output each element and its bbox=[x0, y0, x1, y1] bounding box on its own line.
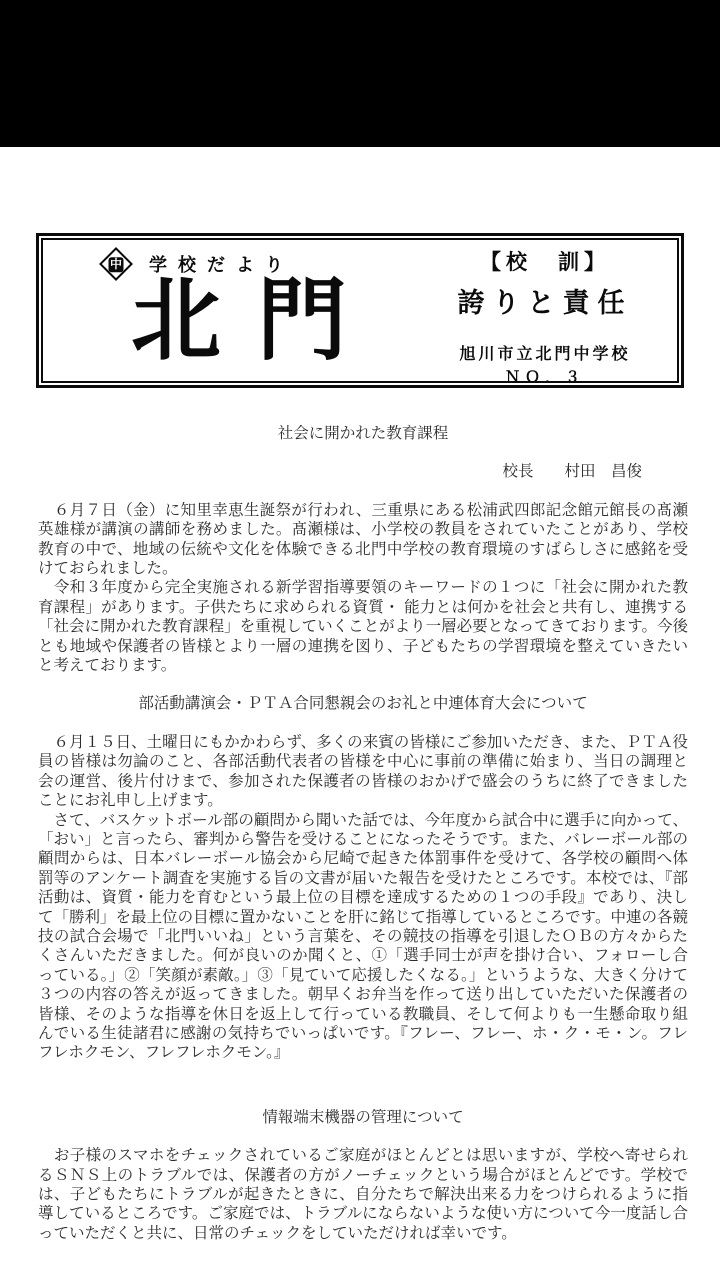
section-title-device-management: 情報端末機器の管理について bbox=[38, 1108, 688, 1127]
school-motto: 誇りと責任 bbox=[423, 281, 667, 320]
paragraph: ６月１５日、土曜日にもかかわらず、多くの来賓の皆様にご参加いただき、また、ＰＴＡ… bbox=[38, 733, 688, 811]
paragraph: お子様のスマホをチェックされているご家庭がほとんどとは思いますが、学校へ寄せられ… bbox=[38, 1146, 688, 1243]
issue-number: ＮＯ．３ bbox=[423, 366, 667, 383]
masthead-box: 中 学校だより 北門 【校 訓】 誇りと責任 旭川市立北門中学校 ＮＯ．３ 令和… bbox=[36, 233, 684, 388]
top-black-bar bbox=[0, 0, 720, 147]
school-motto-heading: 【校 訓】 bbox=[423, 246, 667, 276]
newsletter-page: 中 学校だより 北門 【校 訓】 誇りと責任 旭川市立北門中学校 ＮＯ．３ 令和… bbox=[0, 233, 720, 1243]
masthead-inner: 中 学校だより 北門 【校 訓】 誇りと責任 旭川市立北門中学校 ＮＯ．３ 令和… bbox=[41, 238, 679, 383]
paragraph: ６月７日（金）に知里幸恵生誕祭が行われ、三重県にある松浦武四郎記念館元館長の髙瀬… bbox=[38, 501, 688, 579]
principal-byline: 校長 村田 昌俊 bbox=[38, 462, 688, 481]
newsletter-title-calligraphy: 北門 bbox=[131, 279, 423, 365]
section-title-club-lecture-pta: 部活動講演会・ＰＴＡ合同懇親会のお礼と中連体育大会について bbox=[38, 694, 688, 713]
section-title-education-curriculum: 社会に開かれた教育課程 bbox=[38, 424, 688, 443]
paragraph: 令和３年度から完全実施される新学習指導要領のキーワードの１つに「社会に開かれた教… bbox=[38, 578, 688, 675]
emblem-diamond-shape: 中 bbox=[99, 247, 133, 281]
school-emblem-icon: 中 bbox=[99, 249, 133, 279]
masthead-left: 中 学校だより 北門 bbox=[43, 240, 423, 381]
newsletter-article: 社会に開かれた教育課程 校長 村田 昌俊 ６月７日（金）に知里幸恵生誕祭が行われ… bbox=[38, 424, 688, 1243]
masthead-right: 【校 訓】 誇りと責任 旭川市立北門中学校 ＮＯ．３ 令和元年６月２８日 bbox=[423, 240, 677, 381]
paragraph: さて、バスケットボール部の顧問から聞いた話では、今年度から試合中に選手に向かって… bbox=[38, 811, 688, 1063]
emblem-center-character: 中 bbox=[109, 257, 124, 272]
school-name: 旭川市立北門中学校 bbox=[423, 341, 667, 364]
